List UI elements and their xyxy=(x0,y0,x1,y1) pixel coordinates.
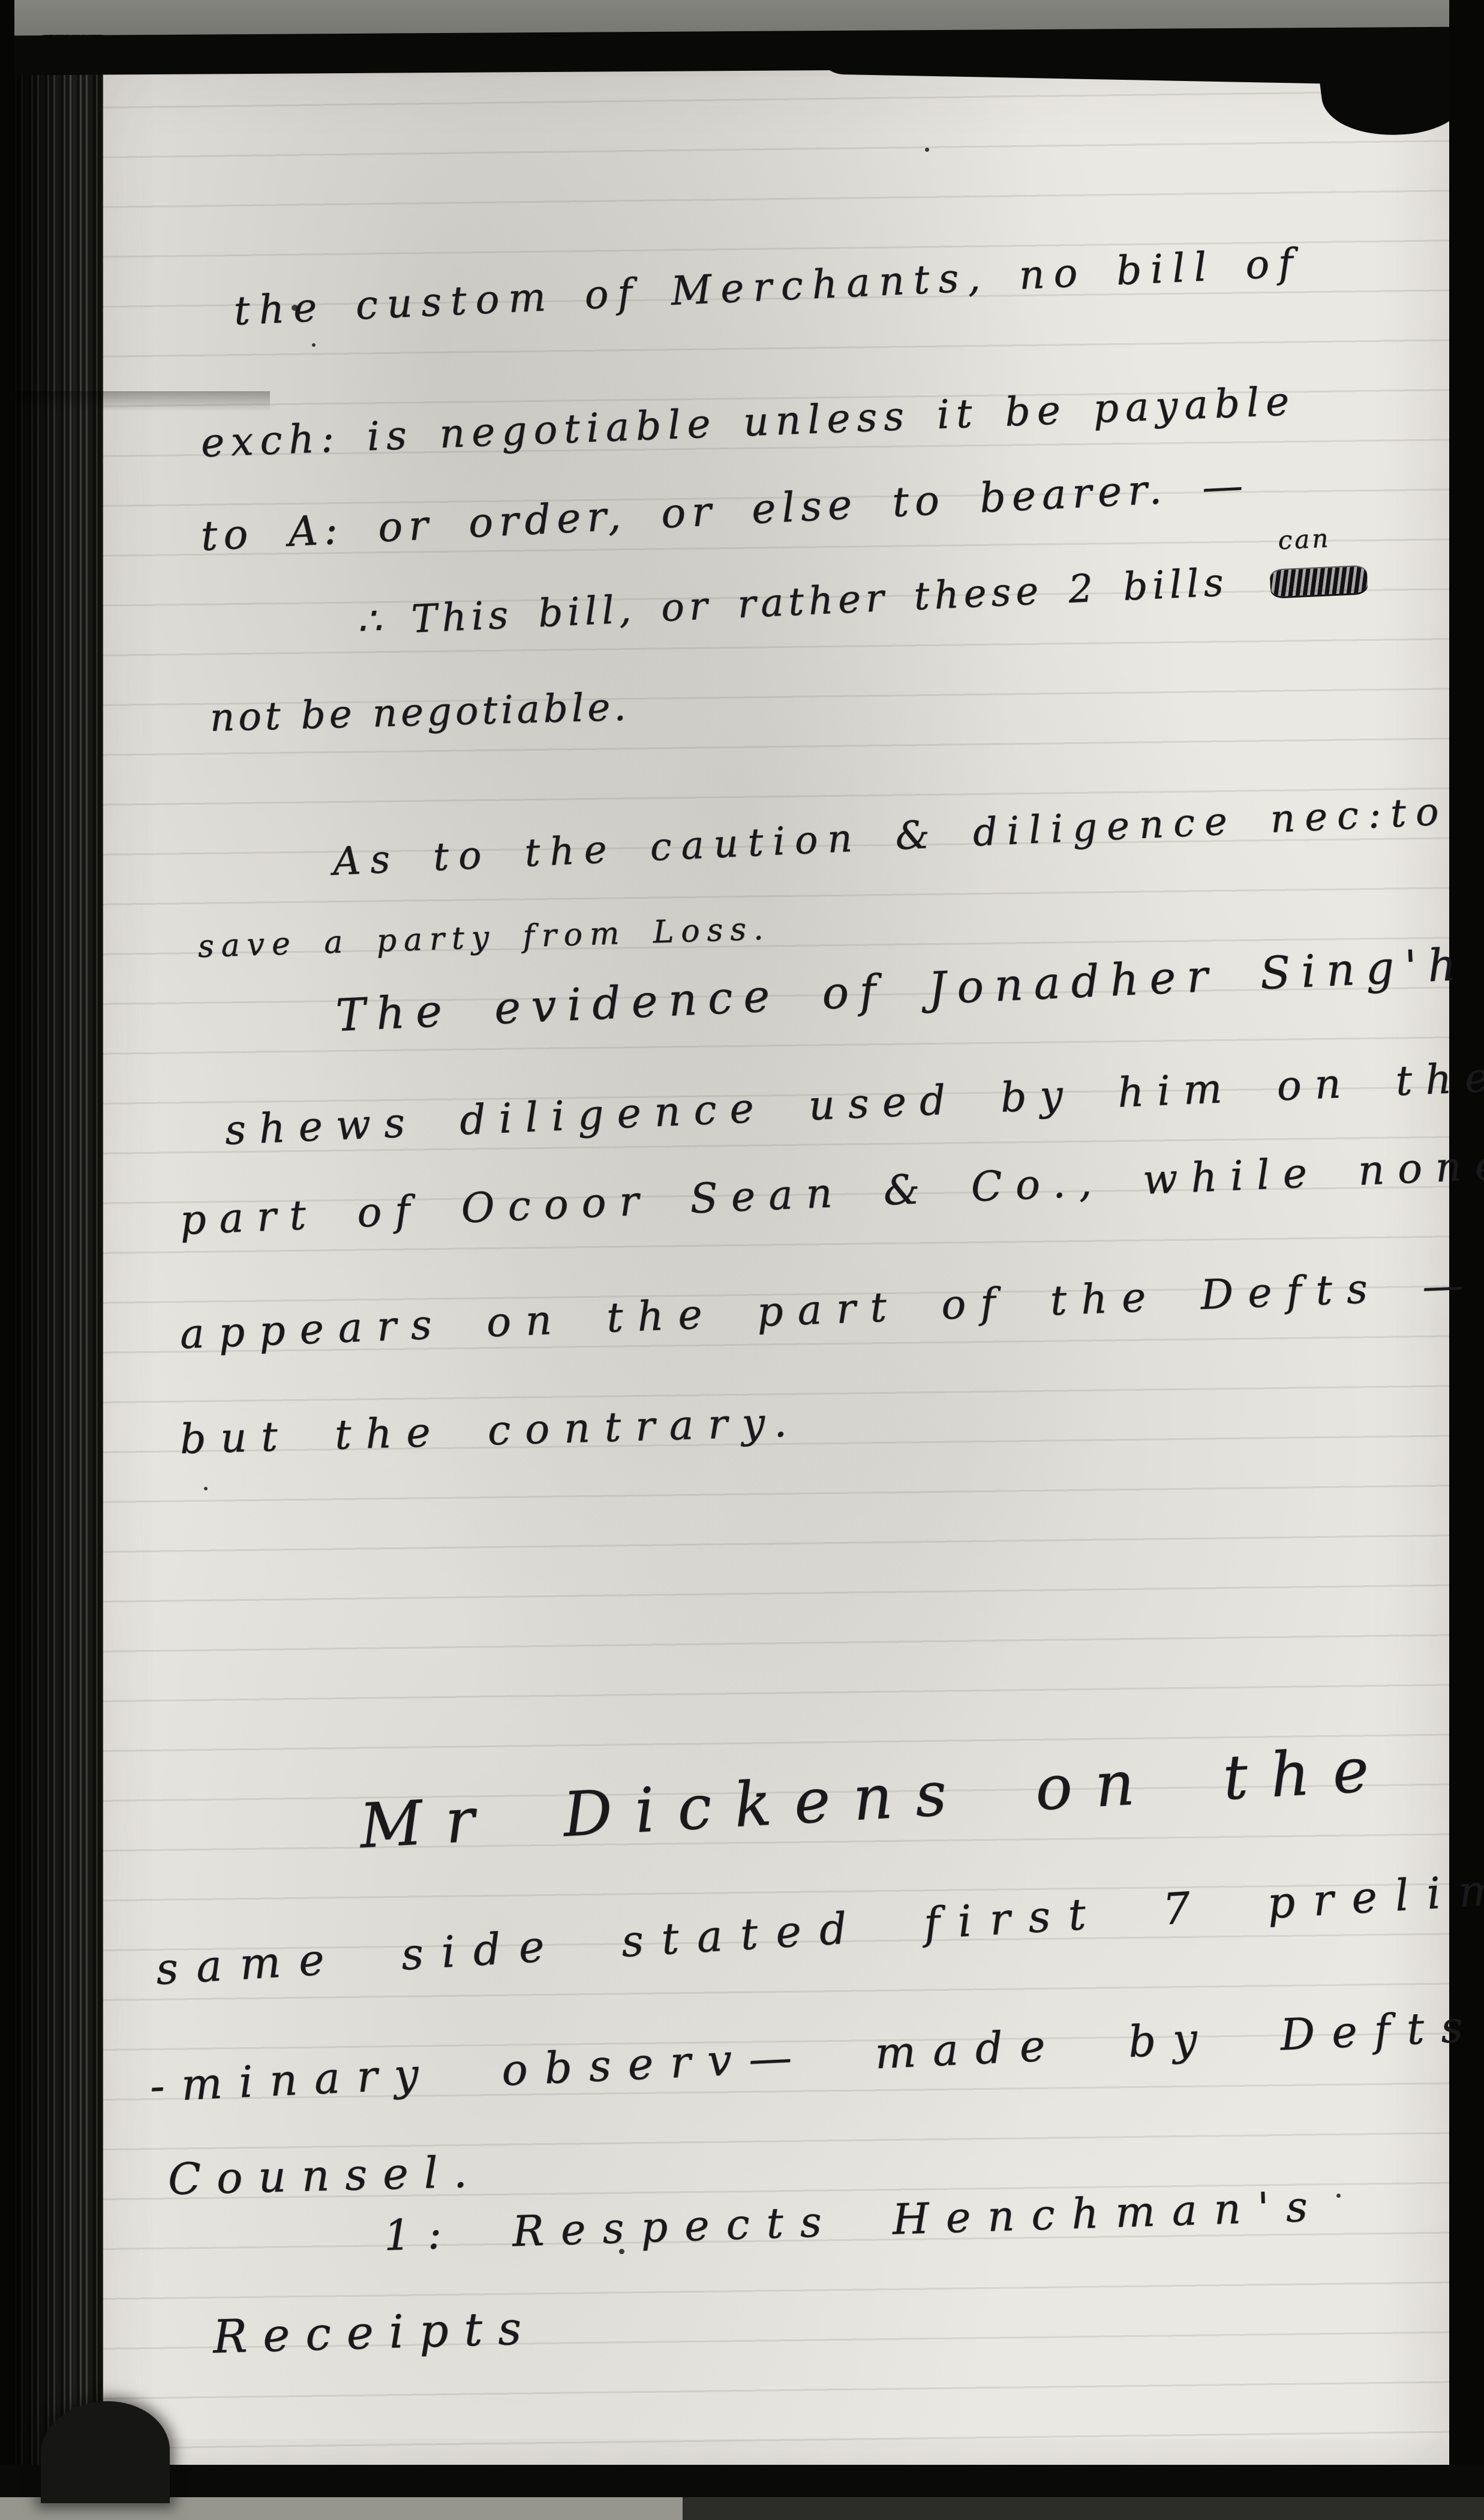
inserted-word: can xyxy=(1277,523,1331,555)
page-crease xyxy=(12,391,270,412)
thumb-holding-page xyxy=(41,2401,170,2503)
scan-border-bottom xyxy=(0,2465,1484,2498)
manuscript-scan: the custom of Merchants, no bill of exch… xyxy=(0,0,1484,2520)
ink-speck xyxy=(1336,2194,1341,2198)
ink-speck xyxy=(204,1487,208,1490)
table-edge-bottom-right xyxy=(683,2497,1484,2520)
ink-speck xyxy=(925,148,929,152)
ink-speck xyxy=(312,343,316,347)
manuscript-line: Counsel. xyxy=(167,2146,483,2204)
insertion-group: can xyxy=(1269,554,1368,603)
strikeout-scribble xyxy=(1270,566,1368,597)
manuscript-line: Receipts xyxy=(212,2301,538,2363)
scan-border-right xyxy=(1449,0,1484,2520)
scan-border-left xyxy=(0,0,14,2520)
